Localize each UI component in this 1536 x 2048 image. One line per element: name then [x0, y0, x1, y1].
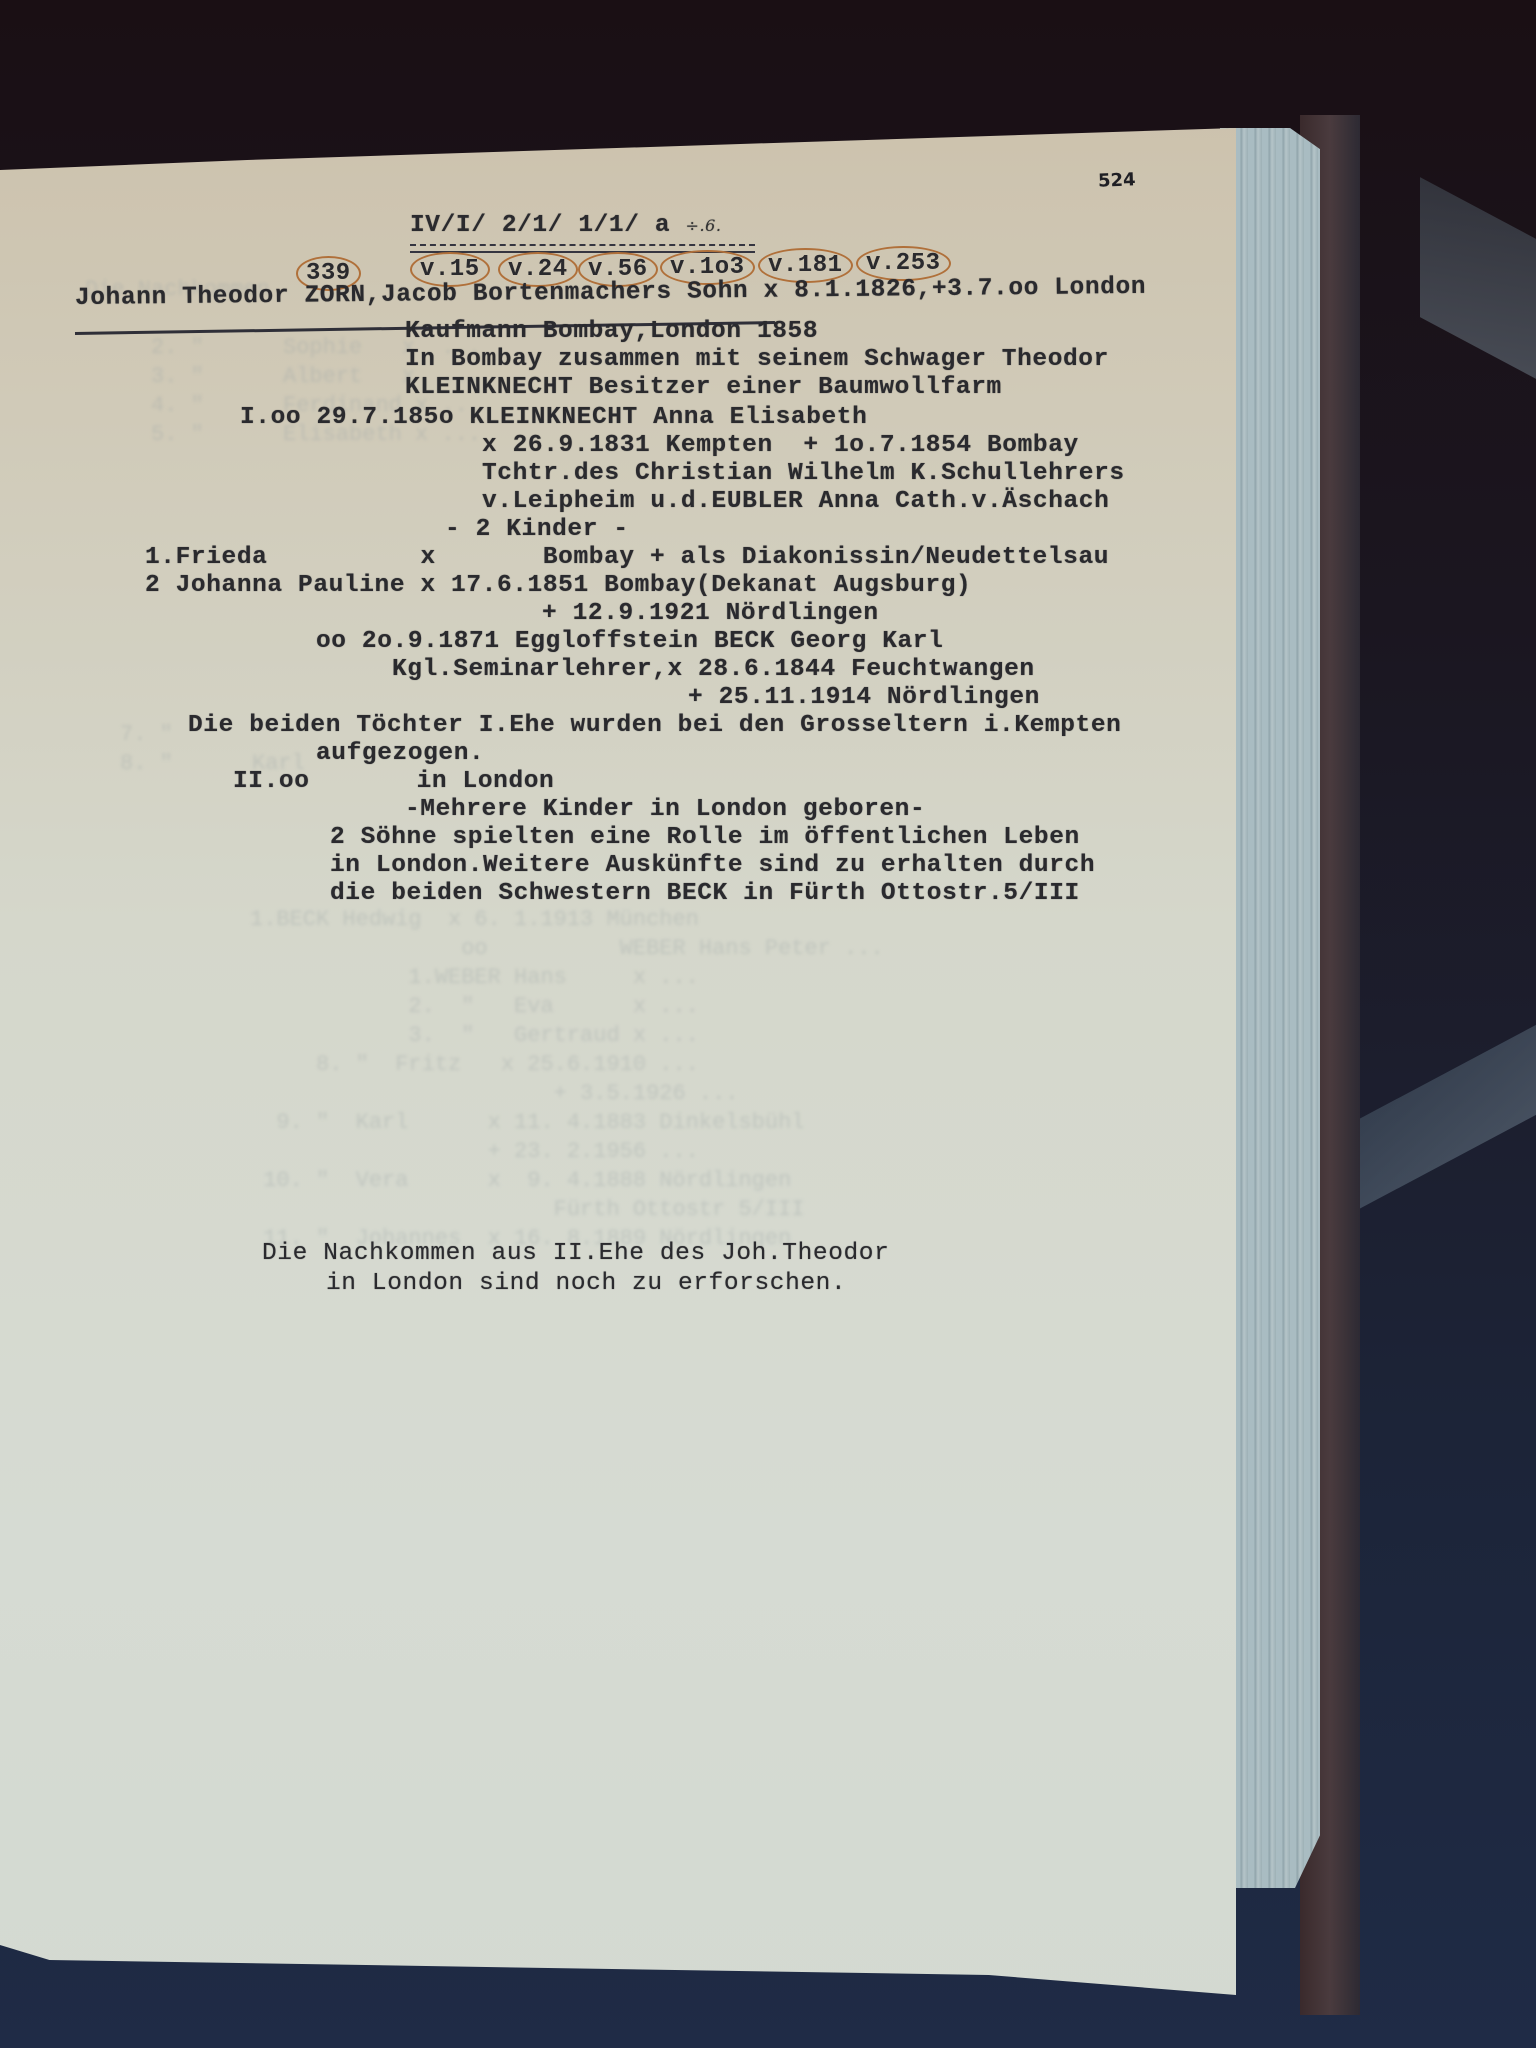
line-husband-death: + 25.11.1914 Nördlingen	[688, 684, 1040, 711]
line-further-info: in London.Weitere Auskünfte sind zu erha…	[330, 852, 1095, 879]
line-child-2-marriage: oo 2o.9.1871 Eggloffstein BECK Georg Kar…	[316, 628, 943, 655]
line-husband-occupation: Kgl.Seminarlehrer,x 28.6.1844 Feuchtwang…	[392, 656, 1035, 683]
line-child-2-death: + 12.9.1921 Nördlingen	[542, 600, 879, 627]
bleed-through-text-block: 1.BECK Hedwig x 6. 1.1913 München oo WEB…	[250, 905, 884, 1253]
line-daughters-note: Die beiden Töchter I.Ehe wurden bei den …	[188, 712, 1121, 739]
line-bombay: In Bombay zusammen mit seinem Schwager T…	[405, 346, 1109, 373]
line-kleinknecht: KLEINKNECHT Besitzer einer Baumwollfarm	[405, 374, 1002, 401]
bookmark-strip	[1420, 177, 1536, 413]
line-child-1: 1.Frieda x Bombay + als Diakonissin/Neud…	[145, 544, 1109, 571]
line-beck-sisters: die beiden Schwestern BECK in Fürth Otto…	[330, 880, 1080, 907]
document-page: Die Nachkommen 2. " Sophie x ... 3. " Al…	[0, 0, 1236, 2048]
line-sons-role: 2 Söhne spielten eine Rolle im öffentlic…	[330, 824, 1080, 851]
handwritten-note: ÷.6.	[685, 216, 721, 235]
line-occupation: Kaufmann Bombay,London 1858	[405, 318, 818, 345]
line-child-2: 2 Johanna Pauline x 17.6.1851 Bombay(Dek…	[145, 572, 971, 599]
line-children-count: - 2 Kinder -	[445, 516, 629, 543]
page-number: 524	[1098, 169, 1136, 191]
footnote-line-2: in London sind noch zu erforschen.	[326, 1270, 846, 1297]
bookmark-strip-lower	[1360, 1002, 1536, 1209]
line-first-marriage: I.oo 29.7.185o KLEINKNECHT Anna Elisabet…	[240, 404, 867, 431]
line-raised: aufgezogen.	[316, 740, 484, 767]
line-london-children: -Mehrere Kinder in London geboren-	[405, 796, 925, 823]
footnote-line-1: Die Nachkommen aus II.Ehe des Joh.Theodo…	[262, 1240, 889, 1267]
line-wife-mother: v.Leipheim u.d.EUBLER Anna Cath.v.Äschac…	[482, 488, 1109, 515]
line-wife-birth: x 26.9.1831 Kempten + 1o.7.1854 Bombay	[482, 432, 1079, 459]
line-second-marriage: II.oo in London	[233, 768, 554, 795]
reference-code: IV/I/ 2/1/ 1/1/ a	[410, 212, 670, 239]
line-wife-father: Tchtr.des Christian Wilhelm K.Schullehre…	[482, 460, 1125, 487]
reference-heading: IV/I/ 2/1/ 1/1/ a ÷.6.	[410, 212, 722, 239]
